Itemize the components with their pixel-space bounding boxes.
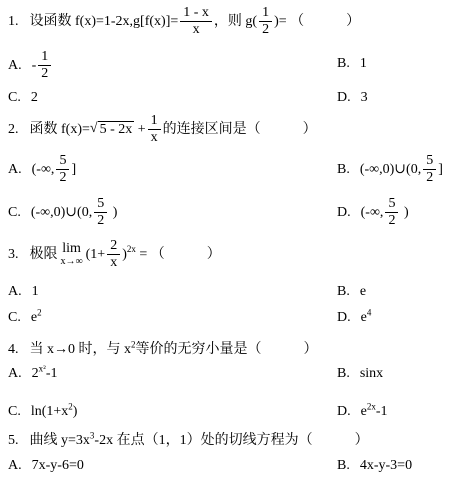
option-text: (-∞, <box>361 205 384 220</box>
option-text: -1 <box>376 404 388 419</box>
stem-text: 极限 <box>30 247 58 262</box>
option-label: C. <box>8 310 21 326</box>
question-number: 5. <box>8 433 19 449</box>
radical-sign: √ <box>90 121 98 137</box>
option-text: (-∞,0)∪(0, <box>31 205 92 220</box>
question-1-stem-line: 1.设函数 f(x)=1-2x,g[f(x)]=1 - xx，则 g(12)= … <box>8 5 360 38</box>
option-label: C. <box>8 90 21 106</box>
option-4-c: C.ln(1+x2) <box>8 404 77 420</box>
question-5-stem-line: 5.曲线 y=3x3-2x 在点（1，1）处的切线方程为（ ） <box>8 429 369 449</box>
fraction-numerator: 1 - x <box>180 5 212 22</box>
exponent: 2x <box>367 401 376 411</box>
fraction: 12 <box>38 49 51 82</box>
fraction-numerator: 5 <box>385 196 398 213</box>
option-text: 1 <box>360 56 367 71</box>
question-number: 4. <box>8 342 19 358</box>
option-label: D. <box>337 404 351 420</box>
option-label: D. <box>337 205 351 221</box>
option-label: A. <box>8 58 22 74</box>
fraction: 52 <box>56 153 69 186</box>
fraction-numerator: 5 <box>94 196 107 213</box>
limit-subscript: x→∞ <box>61 257 83 268</box>
fraction-denominator: x <box>148 130 161 146</box>
fraction-denominator: x <box>180 22 212 38</box>
fraction-denominator: 2 <box>259 22 272 38</box>
option-2-d: D.(-∞,52 ) <box>337 196 409 229</box>
option-text: ] <box>438 162 443 177</box>
option-text: ) <box>109 205 117 220</box>
fraction-denominator: 2 <box>38 66 51 82</box>
option-5-a: A.7x-y-6=0 <box>8 458 84 474</box>
fraction: 12 <box>259 5 272 38</box>
option-text: (-∞,0)∪(0, <box>360 162 421 177</box>
option-text: 2 <box>32 366 39 381</box>
fraction: 2x <box>107 238 120 271</box>
question-number: 2. <box>8 122 19 138</box>
stem-text: 函数 f(x)= <box>30 122 90 137</box>
option-3-b: B.e <box>337 284 366 300</box>
stem-text: (1+ <box>86 247 106 262</box>
option-text: - <box>32 58 37 73</box>
option-text: ln(1+x <box>31 404 68 419</box>
limit-lim: lim <box>61 242 83 257</box>
stem-text-answer-blank: )= （ ） <box>274 14 360 29</box>
option-1-d: D.3 <box>337 90 368 106</box>
fraction: 52 <box>423 153 436 186</box>
option-label: A. <box>8 284 22 300</box>
stem-text-answer-blank: = （ ） <box>136 247 221 262</box>
option-text: 4x-y-3=0 <box>360 458 412 473</box>
option-label: A. <box>8 162 22 178</box>
option-label: B. <box>337 284 350 300</box>
option-text: ) <box>73 404 78 419</box>
option-text: e <box>360 284 366 299</box>
option-5-b: B.4x-y-3=0 <box>337 458 412 474</box>
radicand: 5 - 2x <box>98 121 135 137</box>
option-3-a: A.1 <box>8 284 39 300</box>
fraction-denominator: x <box>107 255 120 271</box>
stem-text: 设函数 f(x)=1-2x,g[f(x)]= <box>30 14 179 29</box>
exponent: x² <box>39 363 46 373</box>
option-4-d: D.e2x-1 <box>337 404 388 420</box>
fraction-numerator: 2 <box>107 238 120 255</box>
option-2-c: C.(-∞,0)∪(0,52 ) <box>8 196 117 229</box>
fraction-denominator: 2 <box>423 170 436 186</box>
fraction-numerator: 5 <box>56 153 69 170</box>
fraction: 52 <box>94 196 107 229</box>
option-label: C. <box>8 404 21 420</box>
option-label: A. <box>8 366 22 382</box>
option-4-a: A.2x²-1 <box>8 366 58 382</box>
option-4-b: B.sinx <box>337 366 383 382</box>
option-text: 1 <box>32 284 39 299</box>
exponent: 4 <box>367 307 372 317</box>
exam-paper: 1.设函数 f(x)=1-2x,g[f(x)]=1 - xx，则 g(12)= … <box>0 0 471 477</box>
limit-notation: limx→∞ <box>61 242 83 267</box>
option-label: B. <box>337 162 350 178</box>
fraction: 1 - xx <box>180 5 212 38</box>
option-3-c: C.e2 <box>8 310 42 326</box>
option-text: -1 <box>46 366 58 381</box>
option-1-b: B.1 <box>337 56 367 72</box>
option-text: 7x-y-6=0 <box>32 458 84 473</box>
exponent: 2x <box>127 244 136 254</box>
fraction-denominator: 2 <box>385 213 398 229</box>
option-3-d: D.e4 <box>337 310 371 326</box>
fraction-numerator: 5 <box>423 153 436 170</box>
stem-text-answer-blank: -2x 在点（1，1）处的切线方程为（ ） <box>94 433 368 448</box>
question-3-stem-line: 3.极限limx→∞(1+2x)2x = （ ） <box>8 238 221 271</box>
question-4-stem-line: 4.当 x→0 时，与 x2等价的无穷小量是（ ） <box>8 338 318 358</box>
question-number: 3. <box>8 247 19 263</box>
option-text: ) <box>400 205 408 220</box>
fraction-numerator: 1 <box>259 5 272 22</box>
option-text: 2 <box>31 90 38 105</box>
fraction-denominator: 2 <box>94 213 107 229</box>
fraction-denominator: 2 <box>56 170 69 186</box>
option-text: ] <box>71 162 76 177</box>
option-text: (-∞, <box>32 162 55 177</box>
option-label: A. <box>8 458 22 474</box>
fraction: 1x <box>148 113 161 146</box>
option-1-a: A.-12 <box>8 49 53 82</box>
option-label: C. <box>8 205 21 221</box>
option-label: D. <box>337 90 351 106</box>
question-number: 1. <box>8 14 19 30</box>
fraction-numerator: 1 <box>148 113 161 130</box>
stem-text: 曲线 y=3x <box>30 433 90 448</box>
plus-sign: + <box>138 122 146 137</box>
fraction-numerator: 1 <box>38 49 51 66</box>
option-label: B. <box>337 56 350 72</box>
option-label: D. <box>337 310 351 326</box>
fraction: 52 <box>385 196 398 229</box>
option-2-a: A.(-∞,52] <box>8 153 76 186</box>
stem-text-answer-blank: 的连接区间是（ ） <box>163 122 317 137</box>
question-2-stem-line: 2.函数 f(x)=√5 - 2x +1x的连接区间是（ ） <box>8 113 317 146</box>
option-text: sinx <box>360 366 383 381</box>
option-label: B. <box>337 458 350 474</box>
square-root: √5 - 2x <box>90 122 134 137</box>
option-2-b: B.(-∞,0)∪(0,52] <box>337 153 443 186</box>
option-label: B. <box>337 366 350 382</box>
option-1-c: C.2 <box>8 90 38 106</box>
option-text: 3 <box>361 90 368 105</box>
stem-text-answer-blank: 等价的无穷小量是（ ） <box>136 342 318 357</box>
exponent: 2 <box>37 307 42 317</box>
stem-text: ，则 g( <box>214 14 257 29</box>
stem-text: 当 x→0 时，与 x <box>30 342 132 357</box>
